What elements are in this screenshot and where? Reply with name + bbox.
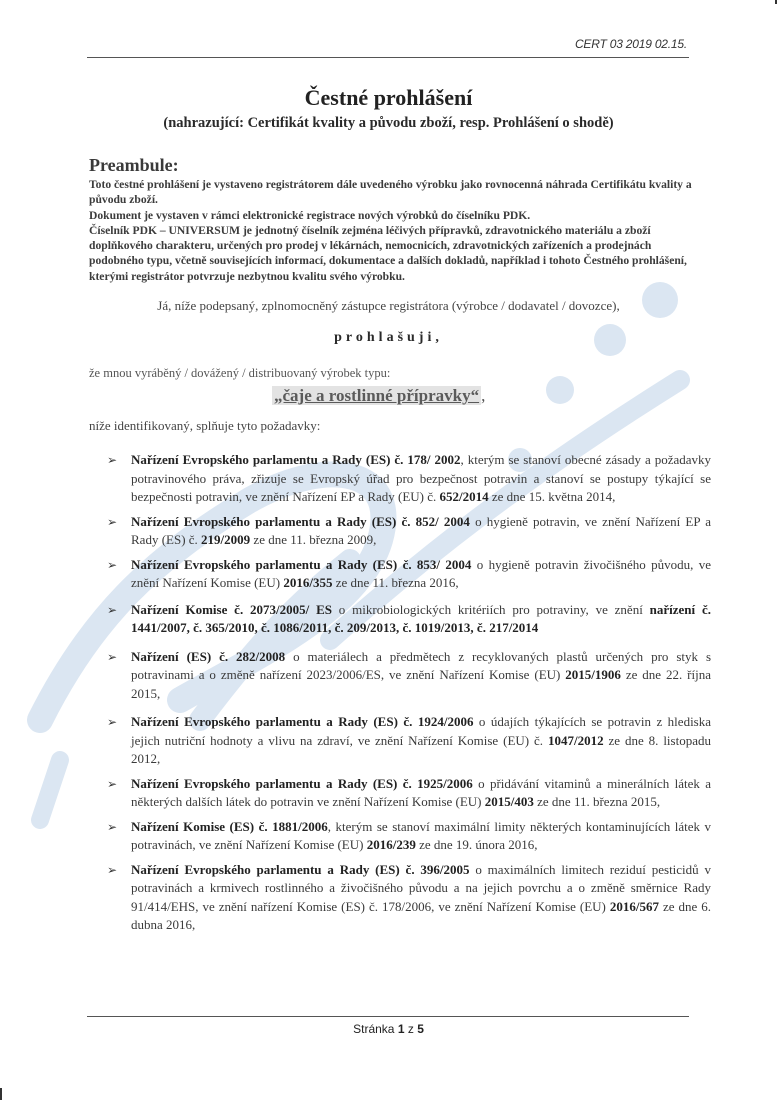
regulation-title: Nařízení Evropského parlamentu a Rady (E… — [131, 714, 473, 729]
product-type: „čaje a rostlinné přípravky“, — [272, 386, 485, 406]
preamble-paragraph: Číselník PDK – UNIVERSUM je jednotný čís… — [89, 223, 699, 284]
amendment-date: ze dne 11. března 2016, — [332, 575, 458, 590]
amendment-date: ze dne 19. února 2016, — [416, 837, 538, 852]
regulation-description: o mikrobiologických kritériích pro potra… — [332, 602, 650, 617]
requirement-item: ➢Nařízení Evropského parlamentu a Rady (… — [107, 713, 711, 769]
bullet-arrow-icon: ➢ — [107, 861, 117, 880]
amendment-date: ze dne 11. března 2015, — [534, 794, 660, 809]
amendment-reference: 2015/1906 — [565, 667, 621, 682]
amendment-reference: 652/2014 — [440, 489, 489, 504]
regulation-title: Nařízení Evropského parlamentu a Rady (E… — [131, 776, 473, 791]
bullet-arrow-icon: ➢ — [107, 713, 117, 732]
declaration-intro: Já, níže podepsaný, zplnomocněný zástupc… — [0, 298, 777, 314]
bullet-arrow-icon: ➢ — [107, 513, 117, 532]
requirement-item: ➢Nařízení Komise (ES) č. 1881/2006, kter… — [107, 818, 711, 855]
regulation-title: Nařízení Evropského parlamentu a Rady (E… — [131, 452, 460, 467]
preamble-body: Toto čestné prohlášení je vystaveno regi… — [89, 177, 699, 284]
bullet-arrow-icon: ➢ — [107, 648, 117, 667]
amendment-reference: 2016/567 — [610, 899, 659, 914]
requirement-item: ➢Nařízení Evropského parlamentu a Rady (… — [107, 513, 711, 550]
header-rule — [87, 57, 689, 58]
bullet-arrow-icon: ➢ — [107, 556, 117, 575]
requirement-item: ➢Nařízení (ES) č. 282/2008 o materiálech… — [107, 648, 711, 704]
product-type-suffix: , — [481, 386, 485, 405]
requirements-intro: níže identifikovaný, splňuje tyto požada… — [89, 418, 320, 434]
bullet-arrow-icon: ➢ — [107, 601, 117, 620]
amendment-reference: 2015/403 — [485, 794, 534, 809]
requirement-item: ➢Nařízení Evropského parlamentu a Rady (… — [107, 861, 711, 935]
amendment-reference: 2016/355 — [283, 575, 332, 590]
declaration-verb: prohlašuji, — [0, 330, 777, 346]
bullet-arrow-icon: ➢ — [107, 818, 117, 837]
requirement-item: ➢Nařízení Evropského parlamentu a Rady (… — [107, 451, 711, 507]
requirement-item: ➢Nařízení Evropského parlamentu a Rady (… — [107, 775, 711, 812]
requirements-list: ➢Nařízení Evropského parlamentu a Rady (… — [107, 451, 711, 941]
page-label: Stránka — [353, 1022, 394, 1036]
amendment-reference: 1047/2012 — [548, 733, 604, 748]
page-number: Stránka 1 z 5 — [0, 1022, 777, 1036]
amendment-date: ze dne 11. března 2009, — [250, 532, 376, 547]
document-title: Čestné prohlášení — [0, 85, 777, 111]
product-type-highlight: „čaje a rostlinné přípravky“ — [272, 386, 481, 405]
amendment-reference: 2016/239 — [367, 837, 416, 852]
regulation-title: Nařízení (ES) č. 282/2008 — [131, 649, 285, 664]
requirement-item: ➢Nařízení Evropského parlamentu a Rady (… — [107, 556, 711, 593]
amendment-reference: 219/2009 — [201, 532, 250, 547]
regulation-title: Nařízení Evropského parlamentu a Rady (E… — [131, 862, 470, 877]
preamble-paragraph: Toto čestné prohlášení je vystaveno regi… — [89, 177, 699, 208]
current-page: 1 — [398, 1022, 405, 1036]
bullet-arrow-icon: ➢ — [107, 451, 117, 470]
document-subtitle: (nahrazující: Certifikát kvality a původ… — [0, 115, 777, 132]
scan-mark — [0, 1088, 2, 1100]
document-page: CERT 03 2019 02.15. Čestné prohlášení (n… — [0, 0, 777, 1100]
footer-rule — [87, 1016, 689, 1017]
regulation-title: Nařízení Evropského parlamentu a Rady (E… — [131, 514, 470, 529]
regulation-title: Nařízení Komise (ES) č. 1881/2006 — [131, 819, 328, 834]
page-separator: z — [408, 1022, 414, 1036]
preamble-paragraph: Dokument je vystaven v rámci elektronick… — [89, 208, 699, 223]
regulation-title: Nařízení Komise č. 2073/2005/ ES — [131, 602, 332, 617]
regulation-title: Nařízení Evropského parlamentu a Rady (E… — [131, 557, 471, 572]
amendment-date: ze dne 15. května 2014, — [489, 489, 616, 504]
document-code: CERT 03 2019 02.15. — [575, 37, 687, 51]
total-pages: 5 — [417, 1022, 424, 1036]
product-intro: že mnou vyráběný / dovážený / distribuov… — [89, 366, 390, 381]
bullet-arrow-icon: ➢ — [107, 775, 117, 794]
preamble-heading: Preambule: — [89, 155, 179, 176]
requirement-item: ➢Nařízení Komise č. 2073/2005/ ES o mikr… — [107, 601, 711, 638]
